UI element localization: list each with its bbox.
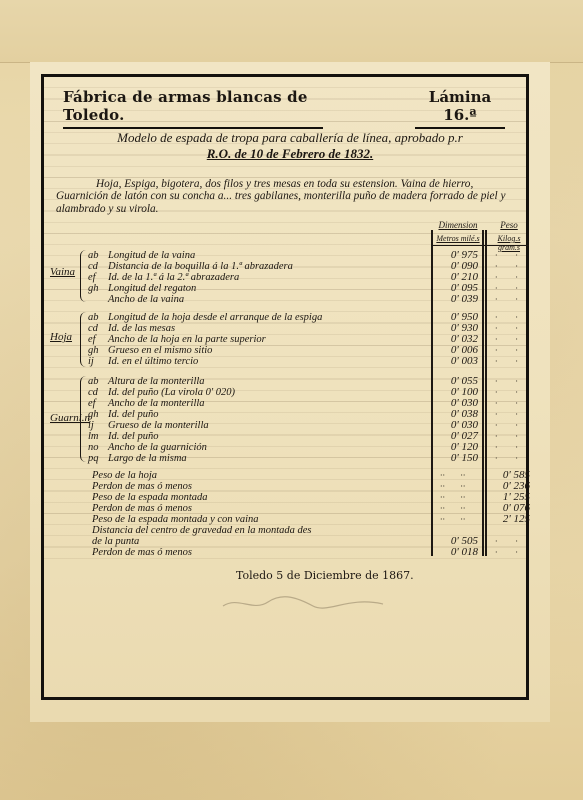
group-label-hoja: Hoja xyxy=(50,331,72,343)
sword-description: Hoja, Espiga, bigotera, dos filos y tres… xyxy=(56,178,526,215)
model-subtitle: Modelo de espada de tropa para caballerí… xyxy=(60,130,520,162)
table-row: ghId. del puño xyxy=(88,409,158,420)
table-row: abAltura de la monterilla xyxy=(88,376,205,387)
table-row: noAncho de la guarnición xyxy=(88,442,207,453)
table-row: efAncho de la hoja en la parte superior xyxy=(88,334,266,345)
group-label-vaina: Vaina xyxy=(50,266,75,278)
weight-row: Perdon de mas ó menos xyxy=(92,481,192,492)
empty-mark: · · xyxy=(495,323,518,334)
empty-mark: · · xyxy=(495,387,518,398)
empty-mark: · · xyxy=(495,442,518,453)
weight-row: Peso de la espada montada y con vaina xyxy=(92,514,259,525)
header-underline xyxy=(431,245,529,246)
empty-mark: · · xyxy=(495,345,518,356)
table-row: cdDistancia de la boquilla á la 1.ª abra… xyxy=(88,261,293,272)
table-row: ijId. en el último tercio xyxy=(88,356,198,367)
empty-mark: · · xyxy=(495,294,518,305)
table-row: cdId. de las mesas xyxy=(88,323,175,334)
table-row: lmId. del puño xyxy=(88,431,158,442)
weight-value: 2' 125 xyxy=(478,514,530,525)
empty-mark: · · xyxy=(495,272,518,283)
empty-mark: · · xyxy=(495,453,518,464)
dimension-header: Dimension xyxy=(432,220,484,230)
brace-guarnicion xyxy=(80,376,87,462)
date-line: Toledo 5 de Diciembre de 1867. xyxy=(236,569,414,582)
empty-mark: · · xyxy=(495,261,518,272)
dimension-value: 0' 018 xyxy=(426,547,478,558)
weight-row: Distancia del centro de gravedad en la m… xyxy=(92,525,312,536)
table-row: abLongitud de la vaina xyxy=(88,250,195,261)
empty-mark: · · xyxy=(495,376,518,387)
faded-signature xyxy=(218,592,388,614)
signature-flourish-icon xyxy=(218,592,388,614)
table-row: ghGrueso en el mismo sitio xyxy=(88,345,212,356)
weight-row: Perdon de mas ó menos xyxy=(92,503,192,514)
table-row: efAncho de la monterilla xyxy=(88,398,205,409)
dimension-value: 0' 039 xyxy=(426,294,478,305)
weight-row: Peso de la espada montada xyxy=(92,492,208,503)
empty-mark: · · xyxy=(495,398,518,409)
dimension-subheader: Metros milé.s xyxy=(432,234,484,243)
table-row: ghLongitud del regaton xyxy=(88,283,196,294)
weight-row: Perdon de mas ó menos xyxy=(92,547,192,558)
subtitle-line-2: R.O. de 10 de Febrero de 1832. xyxy=(207,146,373,162)
empty-mark: ·· ·· xyxy=(440,503,465,514)
table-row: Ancho de la vaina xyxy=(88,294,184,305)
empty-mark: · · xyxy=(495,334,518,345)
weight-header: Peso xyxy=(488,220,530,230)
empty-mark: ·· ·· xyxy=(440,514,465,525)
empty-mark: · · xyxy=(495,547,518,558)
empty-mark: ·· ·· xyxy=(440,481,465,492)
empty-mark: · · xyxy=(495,409,518,420)
table-row: abLongitud de la hoja desde el arranque … xyxy=(88,312,322,323)
weight-row: Peso de la hoja xyxy=(92,470,157,481)
table-row: cdId. del puño (La virola 0' 020) xyxy=(88,387,235,398)
dimension-value: 0' 003 xyxy=(426,356,478,367)
empty-mark: · · xyxy=(495,356,518,367)
empty-mark: ·· ·· xyxy=(440,492,465,503)
table-row: ijGrueso de la monterilla xyxy=(88,420,209,431)
plate-number: Lámina 16.ª xyxy=(415,88,505,129)
empty-mark: · · xyxy=(495,420,518,431)
empty-mark: · · xyxy=(495,283,518,294)
empty-mark: · · xyxy=(495,536,518,547)
empty-mark: · · xyxy=(495,431,518,442)
table-row: efId. de la 1.ª á la 2.ª abrazadera xyxy=(88,272,239,283)
subtitle-line-1: Modelo de espada de tropa para caballerí… xyxy=(60,130,520,146)
brace-vaina xyxy=(80,250,87,302)
empty-mark: · · xyxy=(495,312,518,323)
weight-row: de la punta xyxy=(92,536,139,547)
table-row: pqLargo de la misma xyxy=(88,453,187,464)
backing-paper xyxy=(0,0,583,63)
empty-mark: ·· ·· xyxy=(440,470,465,481)
factory-title: Fábrica de armas blancas de Toledo. xyxy=(63,88,323,129)
dimension-value: 0' 150 xyxy=(426,453,478,464)
empty-mark: · · xyxy=(495,250,518,261)
brace-hoja xyxy=(80,312,87,367)
